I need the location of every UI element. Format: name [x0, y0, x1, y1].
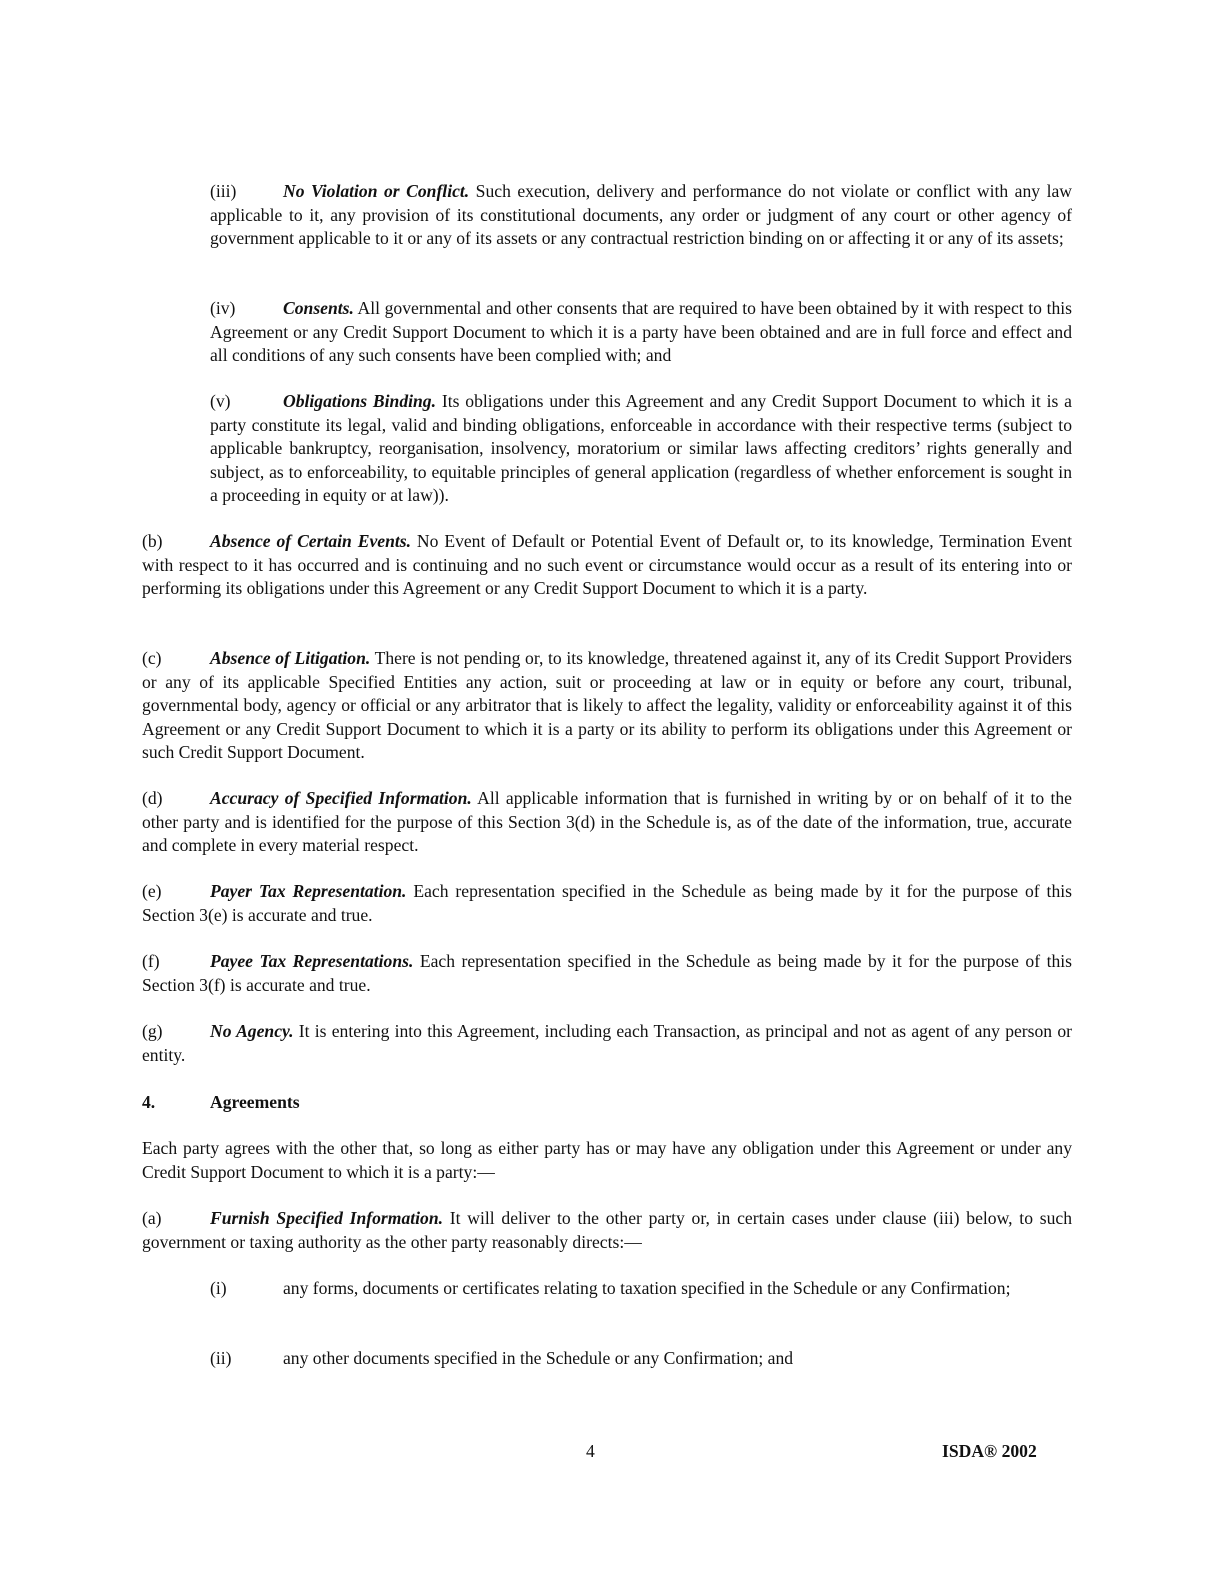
clause-number: (v) [210, 390, 283, 414]
clause-4a-ii: (ii)any other documents specified in the… [210, 1347, 1072, 1371]
clause-3d: (d)Accuracy of Specified Information. Al… [142, 787, 1072, 858]
clause-4a-i: (i)any forms, documents or certificates … [210, 1277, 1072, 1301]
clause-3a-v: (v)Obligations Binding. Its obligations … [210, 390, 1072, 508]
clause-4a: (a)Furnish Specified Information. It wil… [142, 1207, 1072, 1254]
intro-text: Each party agrees with the other that, s… [142, 1138, 1072, 1182]
document-label: ISDA® 2002 [942, 1441, 1037, 1462]
clause-number: (ii) [210, 1347, 283, 1371]
clause-title: No Agency. [210, 1021, 294, 1041]
clause-title: Payer Tax Representation. [210, 881, 406, 901]
clause-number: (d) [142, 787, 210, 811]
section-title: Agreements [210, 1092, 300, 1112]
clause-number: (g) [142, 1020, 210, 1044]
clause-3a-iii: (iii)No Violation or Conflict. Such exec… [210, 180, 1072, 251]
document-page: (iii)No Violation or Conflict. Such exec… [0, 0, 1224, 1584]
clause-number: (f) [142, 950, 210, 974]
clause-title: No Violation or Conflict. [283, 181, 469, 201]
section-heading: 4.Agreements [142, 1092, 300, 1113]
section-number: 4. [142, 1092, 210, 1113]
clause-text: any forms, documents or certificates rel… [283, 1278, 1010, 1298]
clause-number: (iii) [210, 180, 283, 204]
clause-number: (b) [142, 530, 210, 554]
clause-number: (a) [142, 1207, 210, 1231]
clause-text: any other documents specified in the Sch… [283, 1348, 793, 1368]
clause-title: Payee Tax Representations. [210, 951, 413, 971]
clause-3a-iv: (iv)Consents. All governmental and other… [210, 297, 1072, 368]
clause-title: Obligations Binding. [283, 391, 436, 411]
clause-3e: (e)Payer Tax Representation. Each repres… [142, 880, 1072, 927]
clause-title: Consents. [283, 298, 354, 318]
section-intro: Each party agrees with the other that, s… [142, 1137, 1072, 1184]
clause-title: Absence of Litigation. [210, 648, 370, 668]
clause-title: Absence of Certain Events. [210, 531, 411, 551]
clause-3c: (c)Absence of Litigation. There is not p… [142, 647, 1072, 765]
clause-3f: (f)Payee Tax Representations. Each repre… [142, 950, 1072, 997]
clause-3b: (b)Absence of Certain Events. No Event o… [142, 530, 1072, 601]
clause-number: (c) [142, 647, 210, 671]
clause-number: (i) [210, 1277, 283, 1301]
clause-number: (iv) [210, 297, 283, 321]
clause-3g: (g)No Agency. It is entering into this A… [142, 1020, 1072, 1067]
clause-title: Furnish Specified Information. [210, 1208, 443, 1228]
clause-number: (e) [142, 880, 210, 904]
page-number: 4 [586, 1441, 595, 1462]
clause-title: Accuracy of Specified Information. [210, 788, 472, 808]
